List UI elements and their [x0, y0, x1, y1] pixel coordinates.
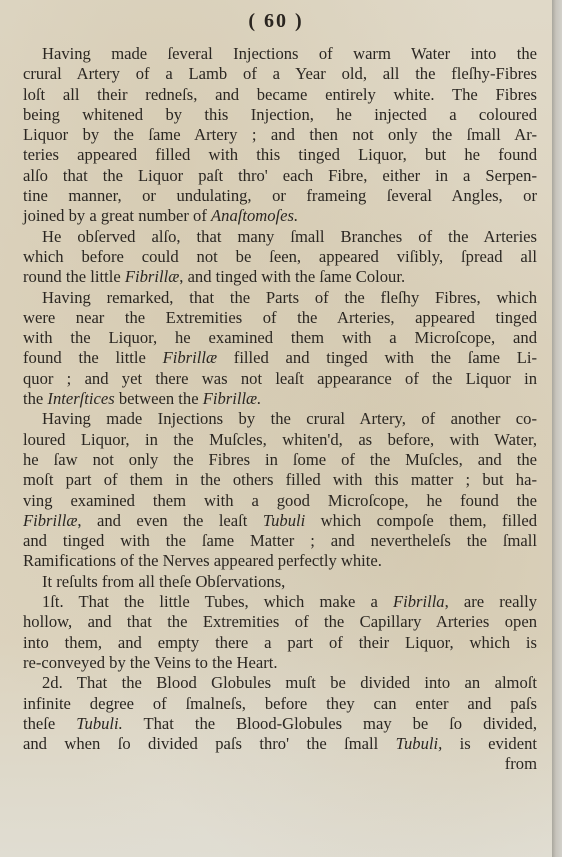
text-run: , and even the leaſt — [77, 511, 262, 530]
text-line: theſe Tubuli. That the Blood-Globules ma… — [23, 714, 537, 734]
text-line: Having made Injections by the crural Art… — [23, 409, 537, 429]
text-line: Liquor by the ſame Artery ; and then not… — [23, 125, 537, 145]
text-line: It reſults from all theſe Obſervations, — [23, 572, 537, 592]
text-line: joined by a great number of Anaſtomoſes. — [23, 206, 537, 226]
italic-term: Tubuli, — [396, 734, 443, 753]
text-line: with the Liquor, he examined them with a… — [23, 328, 537, 348]
text-line: alſo that the Liquor paſt thro' each Fib… — [23, 166, 537, 186]
body-text: Having made ſeveral Injections of warm W… — [23, 44, 537, 775]
text-line: found the little Fibrillæ filled and tin… — [23, 348, 537, 368]
text-line: He obſerved alſo, that many ſmall Branch… — [23, 227, 537, 247]
page-edge-shadow — [552, 0, 562, 857]
text-line: tine manner, or undulating, or frameing … — [23, 186, 537, 206]
italic-term: Fibrillæ — [23, 511, 77, 530]
text-line: and when ſo divided paſs thro' the ſmall… — [23, 734, 537, 754]
text-run: That the Blood-Globules may be ſo divide… — [123, 714, 537, 733]
text-line: hollow, and that the Extremities of the … — [23, 612, 537, 632]
text-run: found the little — [23, 348, 163, 367]
text-line: loured Liquor, in the Muſcles, whiten'd,… — [23, 430, 537, 450]
italic-term: Interſtices — [47, 389, 114, 408]
italic-term: Tubuli — [263, 511, 305, 530]
text-line: the Interſtices between the Fibrillæ. — [23, 389, 537, 409]
text-line: into them, and empty there a part of the… — [23, 633, 537, 653]
text-line: crural Artery of a Lamb of a Year old, a… — [23, 64, 537, 84]
paragraph-3: Having remarked, that the Parts of the f… — [23, 288, 537, 410]
text-line: quor ; and yet there was not leaſt appea… — [23, 369, 537, 389]
text-run: which compoſe them, filled — [305, 511, 537, 530]
page-number: ( 60 ) — [0, 10, 552, 33]
text-line: he ſaw not only the Fibres in ſome of th… — [23, 450, 537, 470]
text-line: ving examined them with a good Microſcop… — [23, 491, 537, 511]
paragraph-6: 1ſt. That the little Tubes, which make a… — [23, 592, 537, 673]
book-page: ( 60 ) Having made ſeveral Injections of… — [0, 0, 552, 857]
italic-term: Fibrillæ. — [203, 389, 262, 408]
text-line: re-conveyed by the Veins to the Heart. — [23, 653, 537, 673]
catchword: from — [23, 754, 537, 774]
italic-term: Fibrillæ — [125, 267, 179, 286]
text-run: filled and tinged with the ſame Li- — [217, 348, 537, 367]
italic-term: Tubuli. — [76, 714, 123, 733]
paragraph-7: 2d. That the Blood Globules muſt be divi… — [23, 673, 537, 774]
text-line: which before could not be ſeen, appeared… — [23, 247, 537, 267]
italic-term: Fibrillæ — [163, 348, 217, 367]
text-run: and when ſo divided paſs thro' the ſmall — [23, 734, 396, 753]
text-run: 1ſt. That the little Tubes, which make a — [42, 592, 393, 611]
text-line: Having remarked, that the Parts of the f… — [23, 288, 537, 308]
text-line: Ramifications of the Nerves appeared per… — [23, 551, 537, 571]
paragraph-4: Having made Injections by the crural Art… — [23, 409, 537, 571]
text-line: teries appeared filled with this tinged … — [23, 145, 537, 165]
text-line: Fibrillæ, and even the leaſt Tubuli whic… — [23, 511, 537, 531]
paragraph-2: He obſerved alſo, that many ſmall Branch… — [23, 227, 537, 288]
text-run: , are really — [445, 592, 537, 611]
text-line: 2d. That the Blood Globules muſt be divi… — [23, 673, 537, 693]
italic-term: Anaſtomoſes. — [211, 206, 298, 225]
paragraph-5: It reſults from all theſe Obſervations, — [23, 572, 537, 592]
text-run: is evident — [442, 734, 537, 753]
text-line: and tinged with the ſame Matter ; and ne… — [23, 531, 537, 551]
text-run: , and tinged with the ſame Colour. — [179, 267, 405, 286]
paragraph-1: Having made ſeveral Injections of warm W… — [23, 44, 537, 227]
text-run: the — [23, 389, 47, 408]
text-line: Having made ſeveral Injections of warm W… — [23, 44, 537, 64]
text-line: moſt part of them in the others filled w… — [23, 470, 537, 490]
text-run: between the — [115, 389, 203, 408]
text-line: 1ſt. That the little Tubes, which make a… — [23, 592, 537, 612]
text-run: round the little — [23, 267, 125, 286]
text-run: theſe — [23, 714, 76, 733]
text-run: joined by a great number of — [23, 206, 211, 225]
text-line: round the little Fibrillæ, and tinged wi… — [23, 267, 537, 287]
text-line: being whitened by this Injection, he inj… — [23, 105, 537, 125]
italic-term: Fibrilla — [393, 592, 445, 611]
text-line: infinite degree of ſmalneſs, before they… — [23, 694, 537, 714]
text-line: loſt all their redneſs, and became entir… — [23, 85, 537, 105]
text-line: were near the Extremities of the Arterie… — [23, 308, 537, 328]
